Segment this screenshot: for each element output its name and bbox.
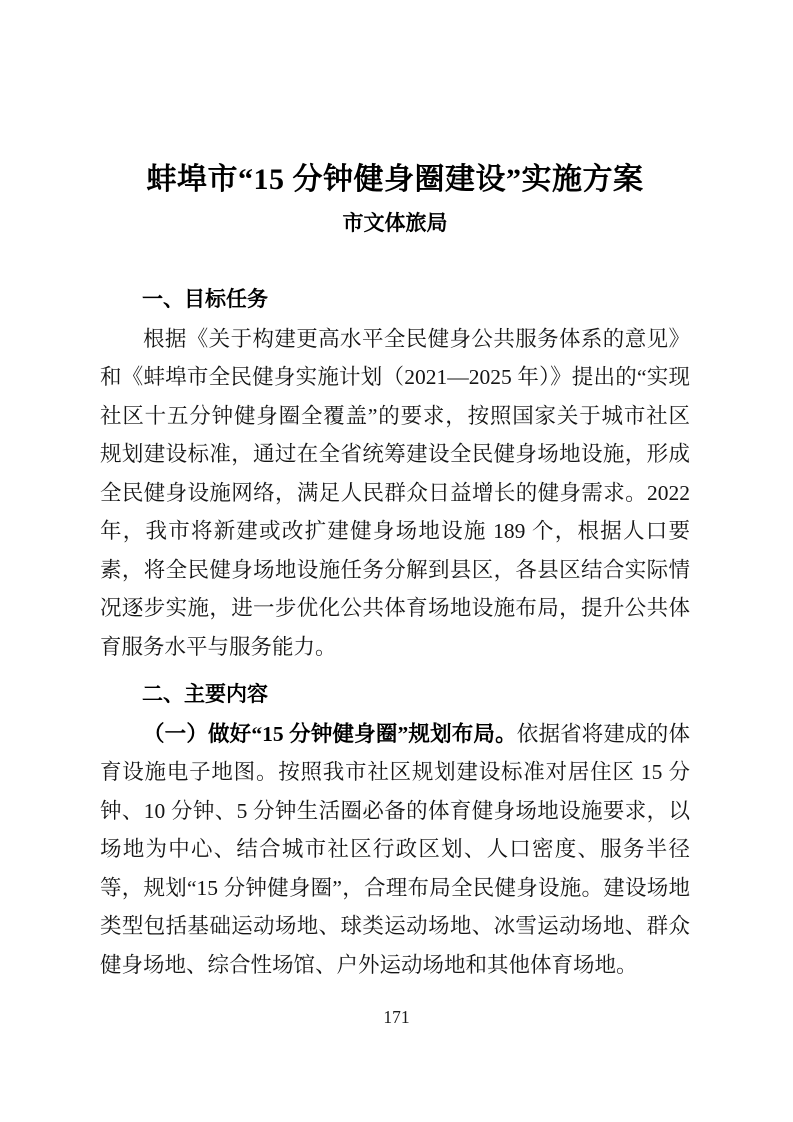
subsection-planning-layout-lead: （一）做好“15 分钟健身圈”规划布局。 [143, 722, 517, 746]
subsection-planning-layout-body: 依据省将建成的体育设施电子地图。按照我市社区规划建设标准对居住区 15 分钟、1… [100, 722, 690, 977]
section-heading-main-content: 二、主要内容 [100, 676, 690, 715]
section-main-content: 二、主要内容 （一）做好“15 分钟健身圈”规划布局。依据省将建成的体育设施电子… [100, 676, 690, 984]
document-title: 蚌埠市“15 分钟健身圈建设”实施方案 [100, 0, 690, 197]
document-page: 蚌埠市“15 分钟健身圈建设”实施方案 市文体旅局 一、目标任务 根据《关于构建… [0, 0, 793, 1122]
subsection-planning-layout-paragraph: （一）做好“15 分钟健身圈”规划布局。依据省将建成的体育设施电子地图。按照我市… [100, 715, 690, 985]
section-heading-goal-tasks: 一、目标任务 [100, 281, 690, 320]
document-author: 市文体旅局 [100, 209, 690, 237]
section-goal-tasks: 一、目标任务 根据《关于构建更高水平全民健身公共服务体系的意见》和《蚌埠市全民健… [100, 281, 690, 666]
page-number: 171 [0, 1005, 793, 1029]
section-goal-tasks-paragraph: 根据《关于构建更高水平全民健身公共服务体系的意见》和《蚌埠市全民健身实施计划（2… [100, 320, 690, 667]
